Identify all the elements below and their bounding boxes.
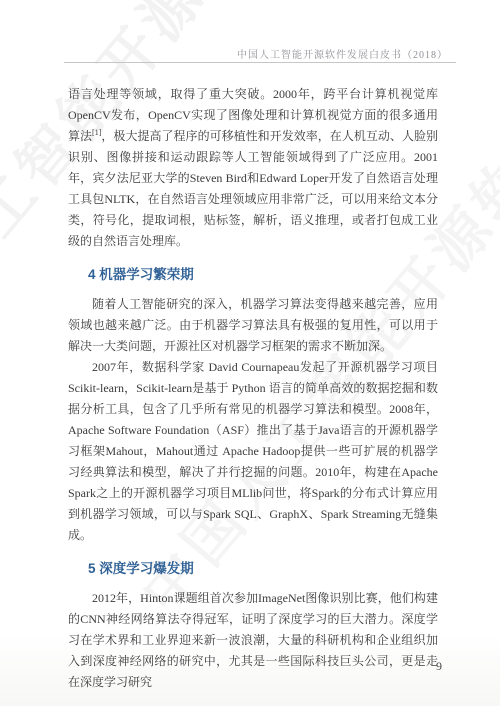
footnote-reference: [1]: [92, 128, 101, 137]
paragraph-ml-history: 2007年，数据科学家 David Cournapeau发起了开源机器学习项目S…: [68, 357, 438, 546]
section-heading-deep-learning: 5 深度学习爆发期: [88, 559, 438, 579]
document-page: 中国人工智能开源软件 中国人工智能开源软件 中国人工智能开源软件发展白皮书（20…: [0, 0, 500, 706]
header-rule: [64, 62, 456, 63]
paragraph-nlp-opencv: 语言处理等领域，取得了重大突破。2000年，跨平台计算机视觉库OpenCV发布，…: [68, 84, 438, 252]
page-header-title: 中国人工智能开源软件发展白皮书（2018）: [64, 46, 448, 61]
document-content: 语言处理等领域，取得了重大突破。2000年，跨平台计算机视觉库OpenCV发布，…: [68, 84, 438, 693]
section-heading-machine-learning: 4 机器学习繁荣期: [88, 265, 438, 285]
paragraph-deep-learning: 2012年，Hinton课题组首次参加ImageNet图像识别比赛，他们构建的C…: [68, 588, 438, 693]
paragraph-text: ，极大提高了程序的可移植性和开发效率，在人机互动、人脸别识别、图像拼接和运动跟踪…: [68, 129, 438, 248]
paragraph-ml-intro: 随着人工智能研究的深入，机器学习算法变得越来越完善，应用领域也越来越广泛。由于机…: [68, 294, 438, 357]
page-number: 9: [436, 659, 442, 674]
